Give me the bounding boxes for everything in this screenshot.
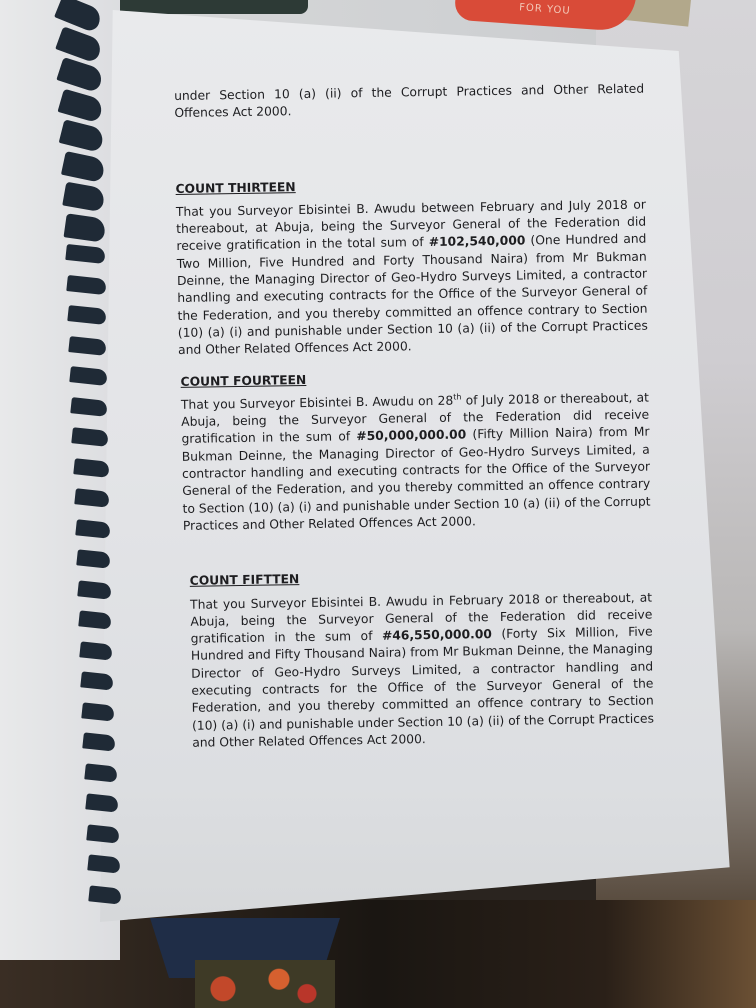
- binding-coil: [71, 397, 109, 417]
- spiral-binding: [55, 0, 125, 930]
- count-paragraph: That you Surveyor Ebisintei B. Awudu on …: [181, 389, 651, 535]
- binding-coil: [84, 763, 117, 782]
- binding-coil: [73, 458, 109, 478]
- count-amount: #50,000,000.00: [356, 428, 466, 444]
- binding-coil: [59, 119, 105, 152]
- binding-coil: [60, 151, 105, 183]
- count-paragraph: That you Surveyor Ebisintei B. Awudu in …: [190, 589, 654, 752]
- background-floral-fabric: [195, 960, 335, 1008]
- binding-coil: [82, 702, 115, 721]
- binding-coil: [72, 427, 109, 447]
- binding-coil: [62, 182, 106, 213]
- count-heading: COUNT FIFTTEN: [190, 566, 652, 591]
- binding-coil: [87, 854, 120, 873]
- count-amount: #102,540,000: [429, 234, 526, 250]
- binding-coil: [66, 275, 106, 295]
- document-body: under Section 10 (a) (ii) of the Corrupt…: [174, 81, 654, 753]
- binding-coil: [86, 824, 119, 843]
- binding-coil: [68, 336, 107, 356]
- binding-coil: [67, 305, 106, 325]
- binding-coil: [76, 549, 111, 568]
- binding-coil: [79, 641, 112, 660]
- binding-coil: [85, 793, 118, 812]
- binding-coil: [77, 580, 111, 599]
- binding-coil: [83, 732, 116, 751]
- binding-coil: [75, 519, 110, 538]
- binding-coil: [74, 488, 110, 508]
- intro-paragraph: under Section 10 (a) (ii) of the Corrupt…: [174, 81, 644, 123]
- binding-coil: [88, 885, 121, 904]
- binding-coil: [78, 610, 111, 629]
- count-text: That you Surveyor Ebisintei B. Awudu on …: [181, 394, 453, 412]
- binding-coil: [55, 26, 104, 63]
- binding-coil: [69, 366, 107, 386]
- flyer-text: FOR YOU: [519, 2, 571, 17]
- count-paragraph: That you Surveyor Ebisintei B. Awudu bet…: [176, 196, 648, 359]
- count-heading: COUNT THIRTEEN: [175, 173, 645, 198]
- date-suffix: th: [453, 392, 461, 401]
- binding-coil: [63, 213, 106, 242]
- count-amount: #46,550,000.00: [382, 627, 492, 643]
- binding-coil: [58, 88, 105, 123]
- count-thirteen: COUNT THIRTEEN That you Surveyor Ebisint…: [175, 173, 648, 359]
- binding-coil: [65, 244, 106, 264]
- binding-coil: [80, 671, 113, 690]
- count-fifteen: COUNT FIFTTEN That you Surveyor Ebisinte…: [182, 566, 655, 752]
- count-heading: COUNT FOURTEEN: [180, 366, 648, 391]
- count-fourteen: COUNT FOURTEEN That you Surveyor Ebisint…: [178, 366, 650, 535]
- binding-coil: [57, 57, 105, 93]
